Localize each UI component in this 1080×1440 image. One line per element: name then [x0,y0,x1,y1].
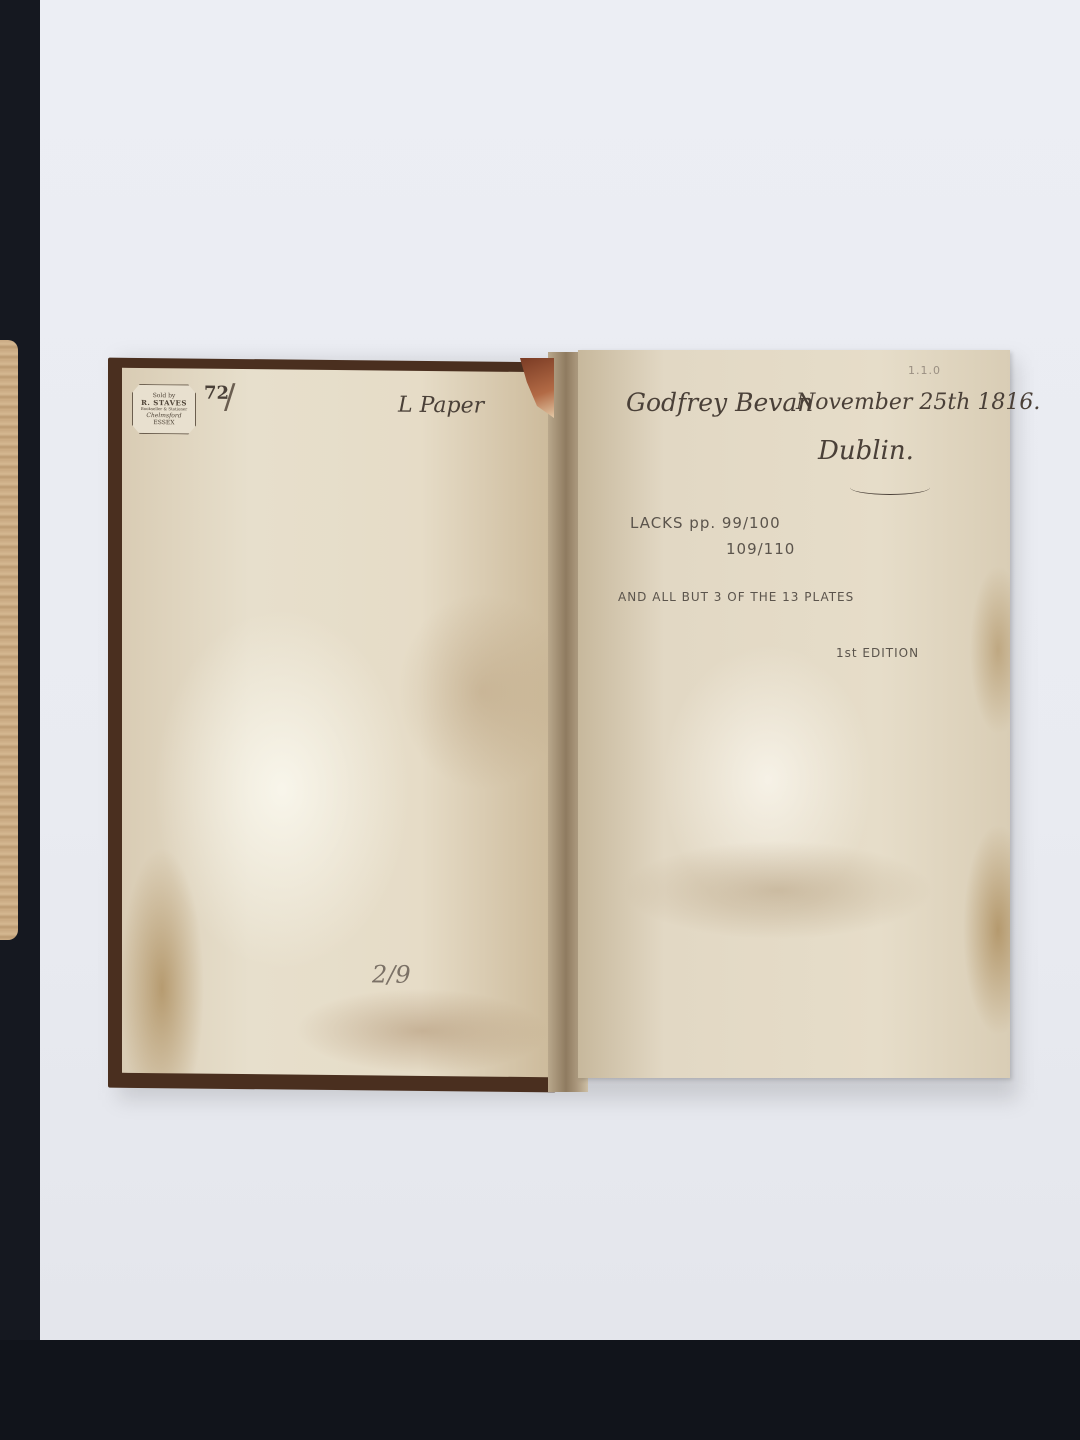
collation-note-line1: LACKS pp. 99/100 [630,514,781,532]
inscription-name: Godfrey Bevan [626,388,813,417]
front-pastedown: Sold by R. STAVES Bookseller & Stationer… [122,368,548,1077]
black-cloth-backdrop [0,1340,1080,1440]
bookseller-label: Sold by R. STAVES Bookseller & Stationer… [132,384,196,435]
price-note: 2/9 [372,960,411,988]
paper-note: L Paper [398,393,484,419]
collation-note-line2: 109/110 [726,540,795,558]
free-endpaper: 1.1.0 Godfrey Bevan November 25th 1816. … [578,350,1010,1078]
inscription-place: Dublin. [818,436,914,466]
label-county: ESSEX [153,419,174,426]
wooden-object-edge [0,340,18,940]
corner-price-note: 1.1.0 [908,364,941,377]
edition-note: 1st EDITION [836,646,919,660]
collation-note-line3: AND ALL BUT 3 OF THE 13 PLATES [618,590,854,604]
shelf-mark-slash: / [224,377,235,417]
inscription-flourish [850,480,930,495]
open-book: Sold by R. STAVES Bookseller & Stationer… [108,350,1013,1090]
inscription-date: November 25th 1816. [796,390,1040,415]
